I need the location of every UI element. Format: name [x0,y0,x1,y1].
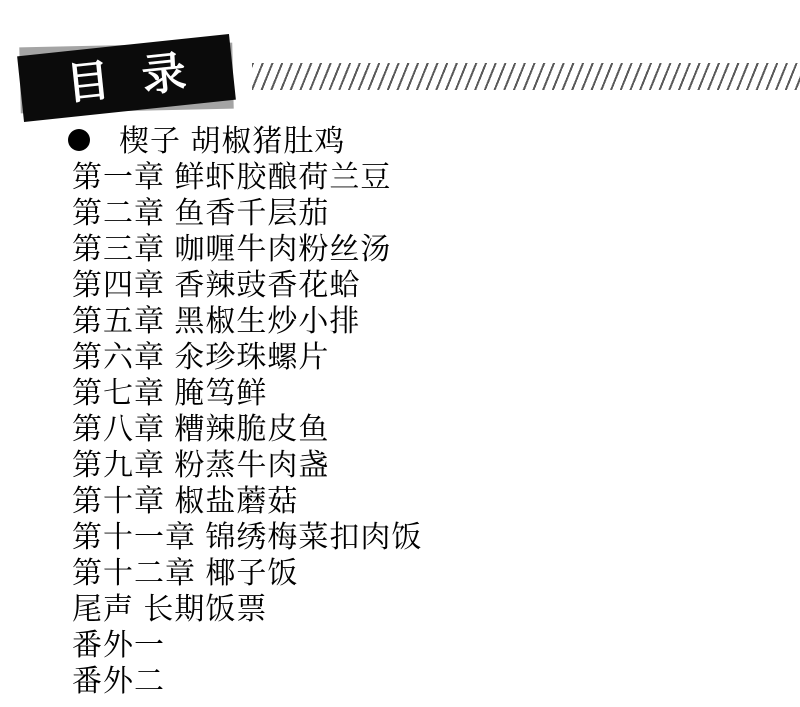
diagonal-hatch-decoration-icon [252,63,800,90]
toc-item[interactable]: 第七章 腌笃鲜 [68,376,422,412]
toc-page: 目 录 楔子 胡椒猪肚鸡 第一章 鲜虾胶酿荷兰豆 第二章 鱼香千层茄 第三章 咖… [0,0,800,707]
toc-item-label: 楔子 胡椒猪肚鸡 [119,125,345,158]
toc-item-label: 第七章 腌笃鲜 [72,377,267,410]
toc-item-label: 第三章 咖喱牛肉粉丝汤 [72,233,391,266]
toc-item[interactable]: 第三章 咖喱牛肉粉丝汤 [68,232,422,268]
toc-item[interactable]: 第六章 氽珍珠螺片 [68,340,422,376]
toc-item-label: 第四章 香辣豉香花蛤 [72,269,360,302]
toc-banner: 目 录 [20,45,233,111]
toc-item-label: 尾声 长期饭票 [72,593,267,626]
toc-item[interactable]: 尾声 长期饭票 [68,592,422,628]
toc-item[interactable]: 第二章 鱼香千层茄 [68,196,422,232]
toc-item[interactable]: 番外二 [68,664,422,700]
toc-item[interactable]: 番外一 [68,628,422,664]
toc-item[interactable]: 第五章 黑椒生炒小排 [68,304,422,340]
toc-item[interactable]: 第九章 粉蒸牛肉盏 [68,448,422,484]
toc-item-label: 番外二 [72,665,165,698]
toc-item-label: 第九章 粉蒸牛肉盏 [72,449,329,482]
toc-list: 楔子 胡椒猪肚鸡 第一章 鲜虾胶酿荷兰豆 第二章 鱼香千层茄 第三章 咖喱牛肉粉… [68,124,422,700]
toc-item[interactable]: 第八章 糟辣脆皮鱼 [68,412,422,448]
toc-item[interactable]: 第十章 椒盐蘑菇 [68,484,422,520]
page-title: 目 录 [63,40,190,118]
toc-item[interactable]: 第十一章 锦绣梅菜扣肉饭 [68,520,422,556]
toc-item-label: 第八章 糟辣脆皮鱼 [72,413,329,446]
toc-item[interactable]: 第四章 香辣豉香花蛤 [68,268,422,304]
toc-item-label: 第十一章 锦绣梅菜扣肉饭 [72,521,422,554]
toc-item[interactable]: 第十二章 椰子饭 [68,556,422,592]
toc-item-label: 第二章 鱼香千层茄 [72,197,329,230]
toc-item-label: 第一章 鲜虾胶酿荷兰豆 [72,161,391,194]
toc-item[interactable]: 第一章 鲜虾胶酿荷兰豆 [68,160,422,196]
toc-item-label: 第五章 黑椒生炒小排 [72,305,360,338]
toc-item-label: 番外一 [72,629,165,662]
toc-item-label: 第六章 氽珍珠螺片 [72,341,329,374]
toc-item-prologue[interactable]: 楔子 胡椒猪肚鸡 [68,124,422,160]
toc-item-label: 第十章 椒盐蘑菇 [72,485,298,518]
current-chapter-bullet-icon [68,129,90,151]
toc-item-label: 第十二章 椰子饭 [72,557,298,590]
